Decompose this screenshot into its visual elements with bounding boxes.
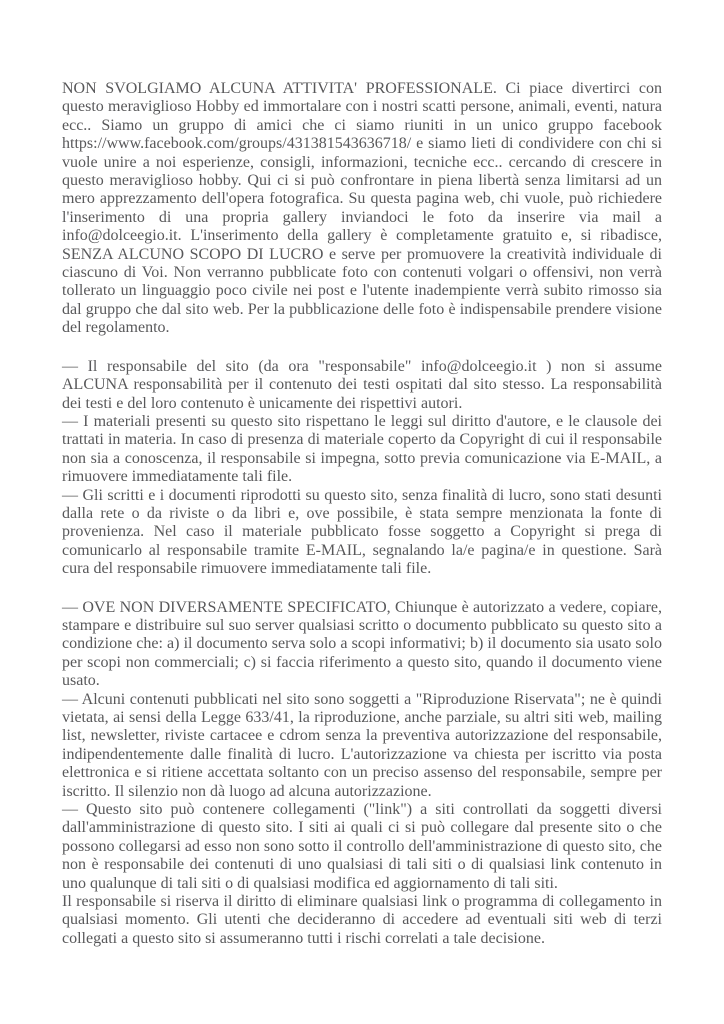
reserved-reproduction-paragraph: — Alcuni contenuti pubblicati nel sito s… bbox=[62, 691, 662, 801]
document-body: NON SVOLGIAMO ALCUNA ATTIVITA' PROFESSIO… bbox=[62, 80, 662, 948]
external-links-paragraph: — Questo sito può contenere collegamenti… bbox=[62, 801, 662, 893]
section-intro: NON SVOLGIAMO ALCUNA ATTIVITA' PROFESSIO… bbox=[62, 80, 662, 338]
link-removal-paragraph: Il responsabile si riserva il diritto di… bbox=[62, 893, 662, 948]
site-responsibility-paragraph: — Il responsabile del sito (da ora "resp… bbox=[62, 358, 662, 413]
section-responsibility: — Il responsabile del sito (da ora "resp… bbox=[62, 358, 662, 579]
section-usage-terms: — OVE NON DIVERSAMENTE SPECIFICATO, Chiu… bbox=[62, 599, 662, 949]
document-page: NON SVOLGIAMO ALCUNA ATTIVITA' PROFESSIO… bbox=[0, 0, 724, 1024]
usage-authorization-paragraph: — OVE NON DIVERSAMENTE SPECIFICATO, Chiu… bbox=[62, 599, 662, 691]
intro-paragraph: NON SVOLGIAMO ALCUNA ATTIVITA' PROFESSIO… bbox=[62, 80, 662, 338]
reproduced-documents-paragraph: — Gli scritti e i documenti riprodotti s… bbox=[62, 487, 662, 579]
copyright-materials-paragraph: — I materiali presenti su questo sito ri… bbox=[62, 413, 662, 487]
